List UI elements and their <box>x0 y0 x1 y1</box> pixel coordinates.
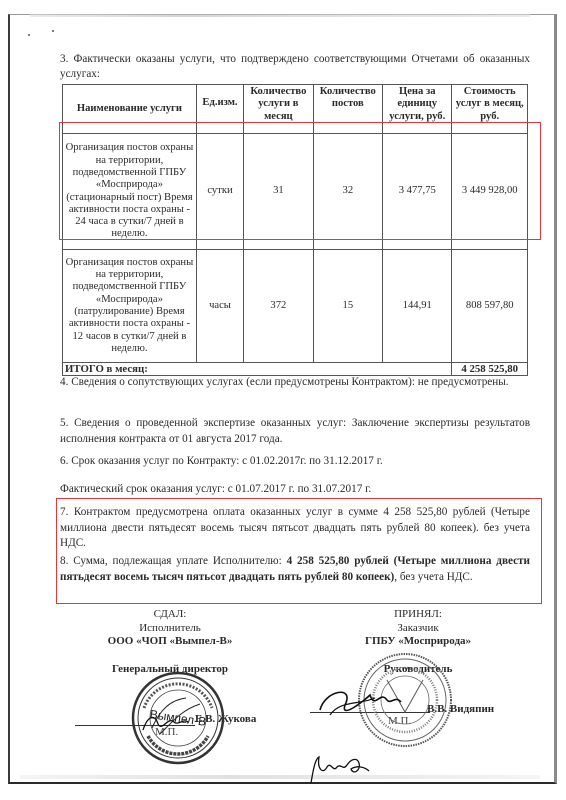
section-8-text: 8. Сумма, подлежащая уплате Исполнителю:… <box>60 554 530 585</box>
scan-speck <box>52 30 54 32</box>
section-3-text: 3. Фактически оказаны услуги, что подтве… <box>60 52 530 82</box>
sign-org: ООО «ЧОП «Вымпел-В» <box>70 635 270 649</box>
sign-party: Исполнитель <box>70 622 270 636</box>
actual-period-text: Фактический срок оказания услуг: с 01.07… <box>60 481 530 497</box>
sign-party: Заказчик <box>318 622 518 636</box>
posts-cell: 15 <box>313 250 382 363</box>
unit-cell: часы <box>196 250 243 363</box>
price-cell: 144,91 <box>383 250 452 363</box>
sign-heading: СДАЛ: <box>70 608 270 622</box>
scan-speck <box>28 34 30 36</box>
section-8-suffix: , без учета НДС. <box>394 571 472 583</box>
service-name-cell: Организация постов охраны на территории,… <box>63 250 197 363</box>
signature-scribble-left <box>140 710 190 735</box>
section-8-prefix: 8. Сумма, подлежащая уплате Исполнителю: <box>60 555 287 567</box>
section-6-text: 6. Срок оказания услуг по Контракту: с 0… <box>60 453 530 469</box>
signature-scribble-right <box>315 680 405 725</box>
scan-artifact-bottom <box>20 775 540 779</box>
section-4-text: 4. Сведения о сопутствующих услугах (есл… <box>60 374 530 390</box>
section-5-text: 5. Сведения о проведенной экспертизе ока… <box>60 415 530 447</box>
sign-org: ГПБУ «Мосприрода» <box>318 635 518 649</box>
signature-block-contractor: СДАЛ: Исполнитель ООО «ЧОП «Вымпел-В» Ге… <box>70 608 270 676</box>
quantity-cell: 372 <box>244 250 313 363</box>
sign-heading: ПРИНЯЛ: <box>318 608 518 622</box>
section-7-text: 7. Контрактом предусмотрена оплата оказа… <box>60 505 530 552</box>
signature-scribble-bottom <box>305 753 375 787</box>
highlight-box-row-1 <box>59 122 541 240</box>
cost-cell: 808 597,80 <box>452 250 528 363</box>
table-row: Организация постов охраны на территории,… <box>63 250 528 363</box>
scan-artifact-top <box>30 14 530 17</box>
